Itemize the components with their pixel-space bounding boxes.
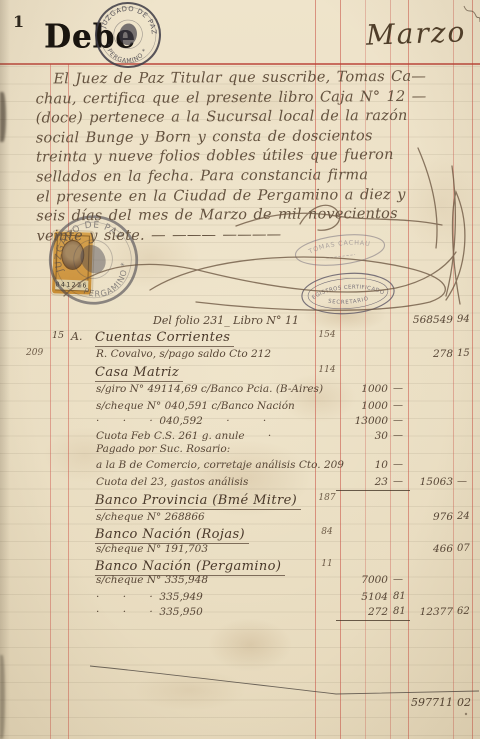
amount-col2-pesos: 278 [404, 348, 453, 360]
folio-reference: 11 [314, 559, 340, 569]
ledger-row: a la B de Comercio, corretaje análisis C… [0, 459, 480, 477]
amount-col2-cents: 07 [457, 543, 475, 554]
ledger-row: Cuota del 23, gastos análisis23—15063— [0, 476, 480, 494]
amount-col1-cents: — [393, 459, 409, 470]
entry-description: s/cheque N° 335,948 [96, 574, 208, 586]
amount-col2-cents: 15 [457, 348, 475, 359]
amount-col2-pesos: 976 [404, 511, 453, 523]
entry-description: R. Covalvo, s/pago saldo Cto 212 [96, 348, 271, 360]
margin-note: 209 [26, 348, 43, 358]
entry-description: Banco Provincia (Bmé Mitre) [95, 493, 301, 510]
entry-description: s/cheque N° 191,703 [96, 543, 208, 555]
entry-description: Casa Matriz [95, 365, 183, 382]
entry-description: Cuota del 23, gastos análisis [96, 476, 248, 488]
amount-col2-cents: 62 [457, 606, 475, 617]
subtotal-underline [336, 620, 410, 621]
subtotal-underline [336, 490, 410, 491]
amount-col1-pesos: 1000 [336, 400, 388, 412]
ledger-rows: Del folio 231_ Libro N° 115685499415A.Cu… [0, 0, 480, 739]
amount-col1-cents: — [393, 574, 409, 585]
amount-col1-cents: — [393, 383, 409, 394]
entry-description: Del folio 231_ Libro N° 11 [153, 314, 299, 327]
amount-col2-cents: 24 [457, 511, 475, 522]
entry-description: Cuota Feb C.S. 261 g. anule · [96, 430, 271, 442]
amount-col2-pesos: 15063 [404, 476, 453, 488]
amount-col1-pesos: 30 [336, 430, 388, 442]
amount-col1-pesos: 23 [336, 476, 388, 488]
ledger-page: 1 Debe Marzo JUZGADO DE PAZ * PERGAMINO … [0, 0, 480, 739]
entry-description: s/giro N° 49114,69 c/Banco Pcia. (B-Aire… [96, 383, 323, 395]
amount-col1-pesos: 7000 [336, 574, 388, 586]
ledger-row: · · · 335,950272811237762 [0, 606, 480, 624]
ledger-row: 59771102 [0, 696, 480, 714]
entry-description: Pagado por Suc. Rosario: [96, 443, 230, 455]
ledger-row: s/giro N° 49114,69 c/Banco Pcia. (B-Aire… [0, 383, 480, 401]
folio-reference: 84 [314, 527, 340, 537]
ledger-row: 15A.Cuentas Corrientes154 [0, 330, 480, 348]
amount-col2-pesos: 597711 [404, 696, 453, 709]
ledger-row: Banco Provincia (Bmé Mitre)187 [0, 493, 480, 511]
amount-col1-pesos: 272 [336, 606, 388, 618]
amount-col2-pesos: 466 [404, 543, 453, 555]
amount-col1-cents: — [393, 400, 409, 411]
amount-col2-cents: — [457, 476, 475, 487]
margin-note: 15 [52, 330, 64, 341]
entry-description: s/cheque N° 268866 [96, 511, 205, 523]
amount-col2-cents: 94 [457, 314, 475, 325]
folio-reference: 154 [314, 330, 340, 340]
amount-col1-cents: — [393, 415, 409, 426]
entry-description: Banco Nación (Rojas) [95, 527, 249, 544]
entry-description: · · · 335,950 [96, 606, 203, 618]
entry-description: · · · 040,592 · · [96, 415, 266, 427]
ledger-row: s/cheque N° 335,9487000— [0, 574, 480, 592]
folio-reference: 187 [314, 493, 340, 503]
amount-col1-pesos: 1000 [336, 383, 388, 395]
amount-col2-cents: 02 [457, 696, 475, 709]
entry-description: · · · 335,949 [96, 591, 203, 603]
entry-description: Cuentas Corrientes [95, 330, 234, 347]
amount-col1-pesos: 10 [336, 459, 388, 471]
amount-col1-cents: — [393, 430, 409, 441]
amount-col2-pesos: 568549 [404, 314, 453, 326]
entry-description: s/cheque N° 040,591 c/Banco Nación [96, 400, 295, 412]
folio-reference: 114 [314, 365, 340, 375]
amount-col1-cents: 81 [393, 591, 409, 602]
amount-col2-pesos: 12377 [404, 606, 453, 618]
amount-col1-pesos: 13000 [336, 415, 388, 427]
ledger-row: 209R. Covalvo, s/pago saldo Cto 21227815 [0, 348, 480, 366]
ledger-row: Casa Matriz114 [0, 365, 480, 383]
entry-description: a la B de Comercio, corretaje análisis C… [96, 459, 344, 471]
margin-note: A. [71, 330, 82, 343]
amount-col1-pesos: 5104 [336, 591, 388, 603]
